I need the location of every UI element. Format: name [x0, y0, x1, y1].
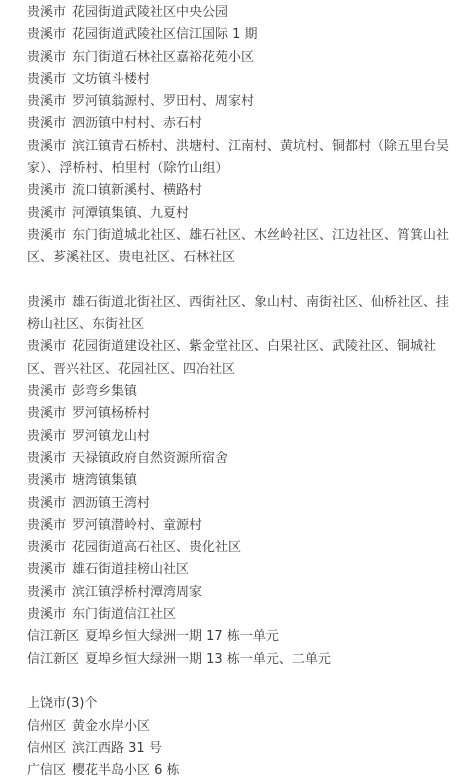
region-name: 贵溪市 [27, 27, 66, 42]
blank-line [27, 671, 459, 693]
list-item: 信州区滨江西路 31 号 [27, 738, 459, 760]
place-name: 夏埠乡恒大绿洲一期 17 栋一单元 [85, 629, 279, 644]
place-name: 河潭镇集镇、九夏村 [72, 206, 189, 221]
region-name: 信江新区 [27, 652, 79, 667]
place-name: 彭弯乡集镇 [72, 384, 137, 399]
list-item: 贵溪市雄石街道挂榜山社区 [27, 559, 459, 581]
place-name: 泗沥镇中村村、赤石村 [72, 116, 202, 131]
place-name: 东门街道城北社区、雄石社区、木丝岭社区、江边社区、筲箕山社区、芗溪社区、贵电社区… [27, 228, 449, 265]
place-name: 花园街道高石社区、贵化社区 [72, 540, 241, 555]
list-item: 贵溪市雄石街道北街社区、西街社区、象山村、南街社区、仙桥社区、挂榜山社区、东街社… [27, 292, 459, 337]
list-item: 贵溪市东门街道城北社区、雄石社区、木丝岭社区、江边社区、筲箕山社区、芗溪社区、贵… [27, 225, 459, 270]
place-name: 黄金水岸小区 [72, 719, 150, 734]
blank-line [27, 270, 459, 292]
list-item: 贵溪市泗沥镇中村村、赤石村 [27, 113, 459, 135]
place-name: 滨江镇浮桥村潭湾周家 [72, 585, 202, 600]
section-1: 贵溪市花园街道武陵社区中央公园 贵溪市花园街道武陵社区信江国际 1 期 贵溪市东… [27, 2, 459, 270]
list-item: 贵溪市滨江镇青石桥村、洪塘村、江南村、黄坑村、铜都村（除五里台吴家）、浮桥村、柏… [27, 136, 459, 181]
region-name: 信州区 [27, 719, 66, 734]
region-name: 贵溪市 [27, 339, 66, 354]
region-name: 贵溪市 [27, 585, 66, 600]
place-name: 天禄镇政府自然资源所宿舍 [72, 451, 228, 466]
region-name: 贵溪市 [27, 451, 66, 466]
list-item: 贵溪市花园街道武陵社区中央公园 [27, 2, 459, 24]
list-item: 贵溪市罗河镇翁源村、罗田村、周家村 [27, 91, 459, 113]
list-item: 贵溪市东门街道石林社区嘉裕花苑小区 [27, 47, 459, 69]
region-name: 贵溪市 [27, 50, 66, 65]
region-name: 广信区 [27, 763, 66, 778]
region-name: 贵溪市 [27, 139, 66, 154]
region-name: 贵溪市 [27, 607, 66, 622]
region-name: 信州区 [27, 741, 66, 756]
region-name: 贵溪市 [27, 473, 66, 488]
region-name: 贵溪市 [27, 116, 66, 131]
list-item: 贵溪市罗河镇潜岭村、童源村 [27, 515, 459, 537]
list-item: 贵溪市罗河镇杨桥村 [27, 403, 459, 425]
place-name: 罗河镇龙山村 [72, 429, 150, 444]
list-item: 贵溪市流口镇新溪村、横路村 [27, 180, 459, 202]
list-item: 贵溪市天禄镇政府自然资源所宿舍 [27, 448, 459, 470]
list-item: 贵溪市花园街道武陵社区信江国际 1 期 [27, 24, 459, 46]
section-2: 贵溪市雄石街道北街社区、西街社区、象山村、南街社区、仙桥社区、挂榜山社区、东街社… [27, 292, 459, 671]
list-item: 贵溪市泗沥镇王湾村 [27, 493, 459, 515]
list-item: 信江新区夏埠乡恒大绿洲一期 13 栋一单元、二单元 [27, 649, 459, 671]
list-item: 贵溪市河潭镇集镇、九夏村 [27, 203, 459, 225]
place-name: 罗河镇翁源村、罗田村、周家村 [72, 94, 254, 109]
document-body: 贵溪市花园街道武陵社区中央公园 贵溪市花园街道武陵社区信江国际 1 期 贵溪市东… [0, 0, 459, 782]
region-name: 贵溪市 [27, 384, 66, 399]
place-name: 花园街道武陵社区中央公园 [72, 5, 228, 20]
region-name: 信江新区 [27, 629, 79, 644]
region-name: 贵溪市 [27, 206, 66, 221]
place-name: 樱花半岛小区 6 栋 [72, 763, 180, 778]
list-item: 贵溪市花园街道建设社区、紫金堂社区、白果社区、武陵社区、铜城社区、晋兴社区、花园… [27, 336, 459, 381]
place-name: 花园街道建设社区、紫金堂社区、白果社区、武陵社区、铜城社区、晋兴社区、花园社区、… [27, 339, 436, 376]
place-name: 罗河镇杨桥村 [72, 406, 150, 421]
section-heading: 上饶市(3)个 [27, 693, 459, 715]
place-name: 花园街道武陵社区信江国际 1 期 [72, 27, 258, 42]
region-name: 贵溪市 [27, 429, 66, 444]
region-name: 贵溪市 [27, 540, 66, 555]
place-name: 塘湾镇集镇 [72, 473, 137, 488]
region-name: 贵溪市 [27, 5, 66, 20]
place-name: 文坊镇斗楼村 [72, 72, 150, 87]
region-name: 贵溪市 [27, 406, 66, 421]
place-name: 夏埠乡恒大绿洲一期 13 栋一单元、二单元 [85, 652, 331, 667]
list-item: 信州区黄金水岸小区 [27, 716, 459, 738]
list-item: 信江新区夏埠乡恒大绿洲一期 17 栋一单元 [27, 626, 459, 648]
region-name: 贵溪市 [27, 562, 66, 577]
place-name: 东门街道石林社区嘉裕花苑小区 [72, 50, 254, 65]
place-name: 东门街道信江社区 [72, 607, 176, 622]
list-item: 广信区樱花半岛小区 6 栋 [27, 760, 459, 782]
list-item: 贵溪市花园街道高石社区、贵化社区 [27, 537, 459, 559]
place-name: 罗河镇潜岭村、童源村 [72, 518, 202, 533]
place-name: 滨江西路 31 号 [72, 741, 162, 756]
place-name: 雄石街道挂榜山社区 [72, 562, 189, 577]
section-3: 上饶市(3)个 信州区黄金水岸小区 信州区滨江西路 31 号 广信区樱花半岛小区… [27, 693, 459, 782]
list-item: 贵溪市彭弯乡集镇 [27, 381, 459, 403]
region-name: 贵溪市 [27, 518, 66, 533]
region-name: 贵溪市 [27, 183, 66, 198]
list-item: 贵溪市文坊镇斗楼村 [27, 69, 459, 91]
list-item: 贵溪市罗河镇龙山村 [27, 426, 459, 448]
list-item: 贵溪市滨江镇浮桥村潭湾周家 [27, 582, 459, 604]
list-item: 贵溪市塘湾镇集镇 [27, 470, 459, 492]
list-item: 贵溪市东门街道信江社区 [27, 604, 459, 626]
place-name: 滨江镇青石桥村、洪塘村、江南村、黄坑村、铜都村（除五里台吴家）、浮桥村、柏里村（… [27, 139, 449, 176]
place-name: 流口镇新溪村、横路村 [72, 183, 202, 198]
region-name: 贵溪市 [27, 295, 66, 310]
region-name: 贵溪市 [27, 94, 66, 109]
region-name: 贵溪市 [27, 228, 66, 243]
place-name: 泗沥镇王湾村 [72, 496, 150, 511]
place-name: 雄石街道北街社区、西街社区、象山村、南街社区、仙桥社区、挂榜山社区、东街社区 [27, 295, 449, 332]
region-name: 贵溪市 [27, 72, 66, 87]
region-name: 贵溪市 [27, 496, 66, 511]
